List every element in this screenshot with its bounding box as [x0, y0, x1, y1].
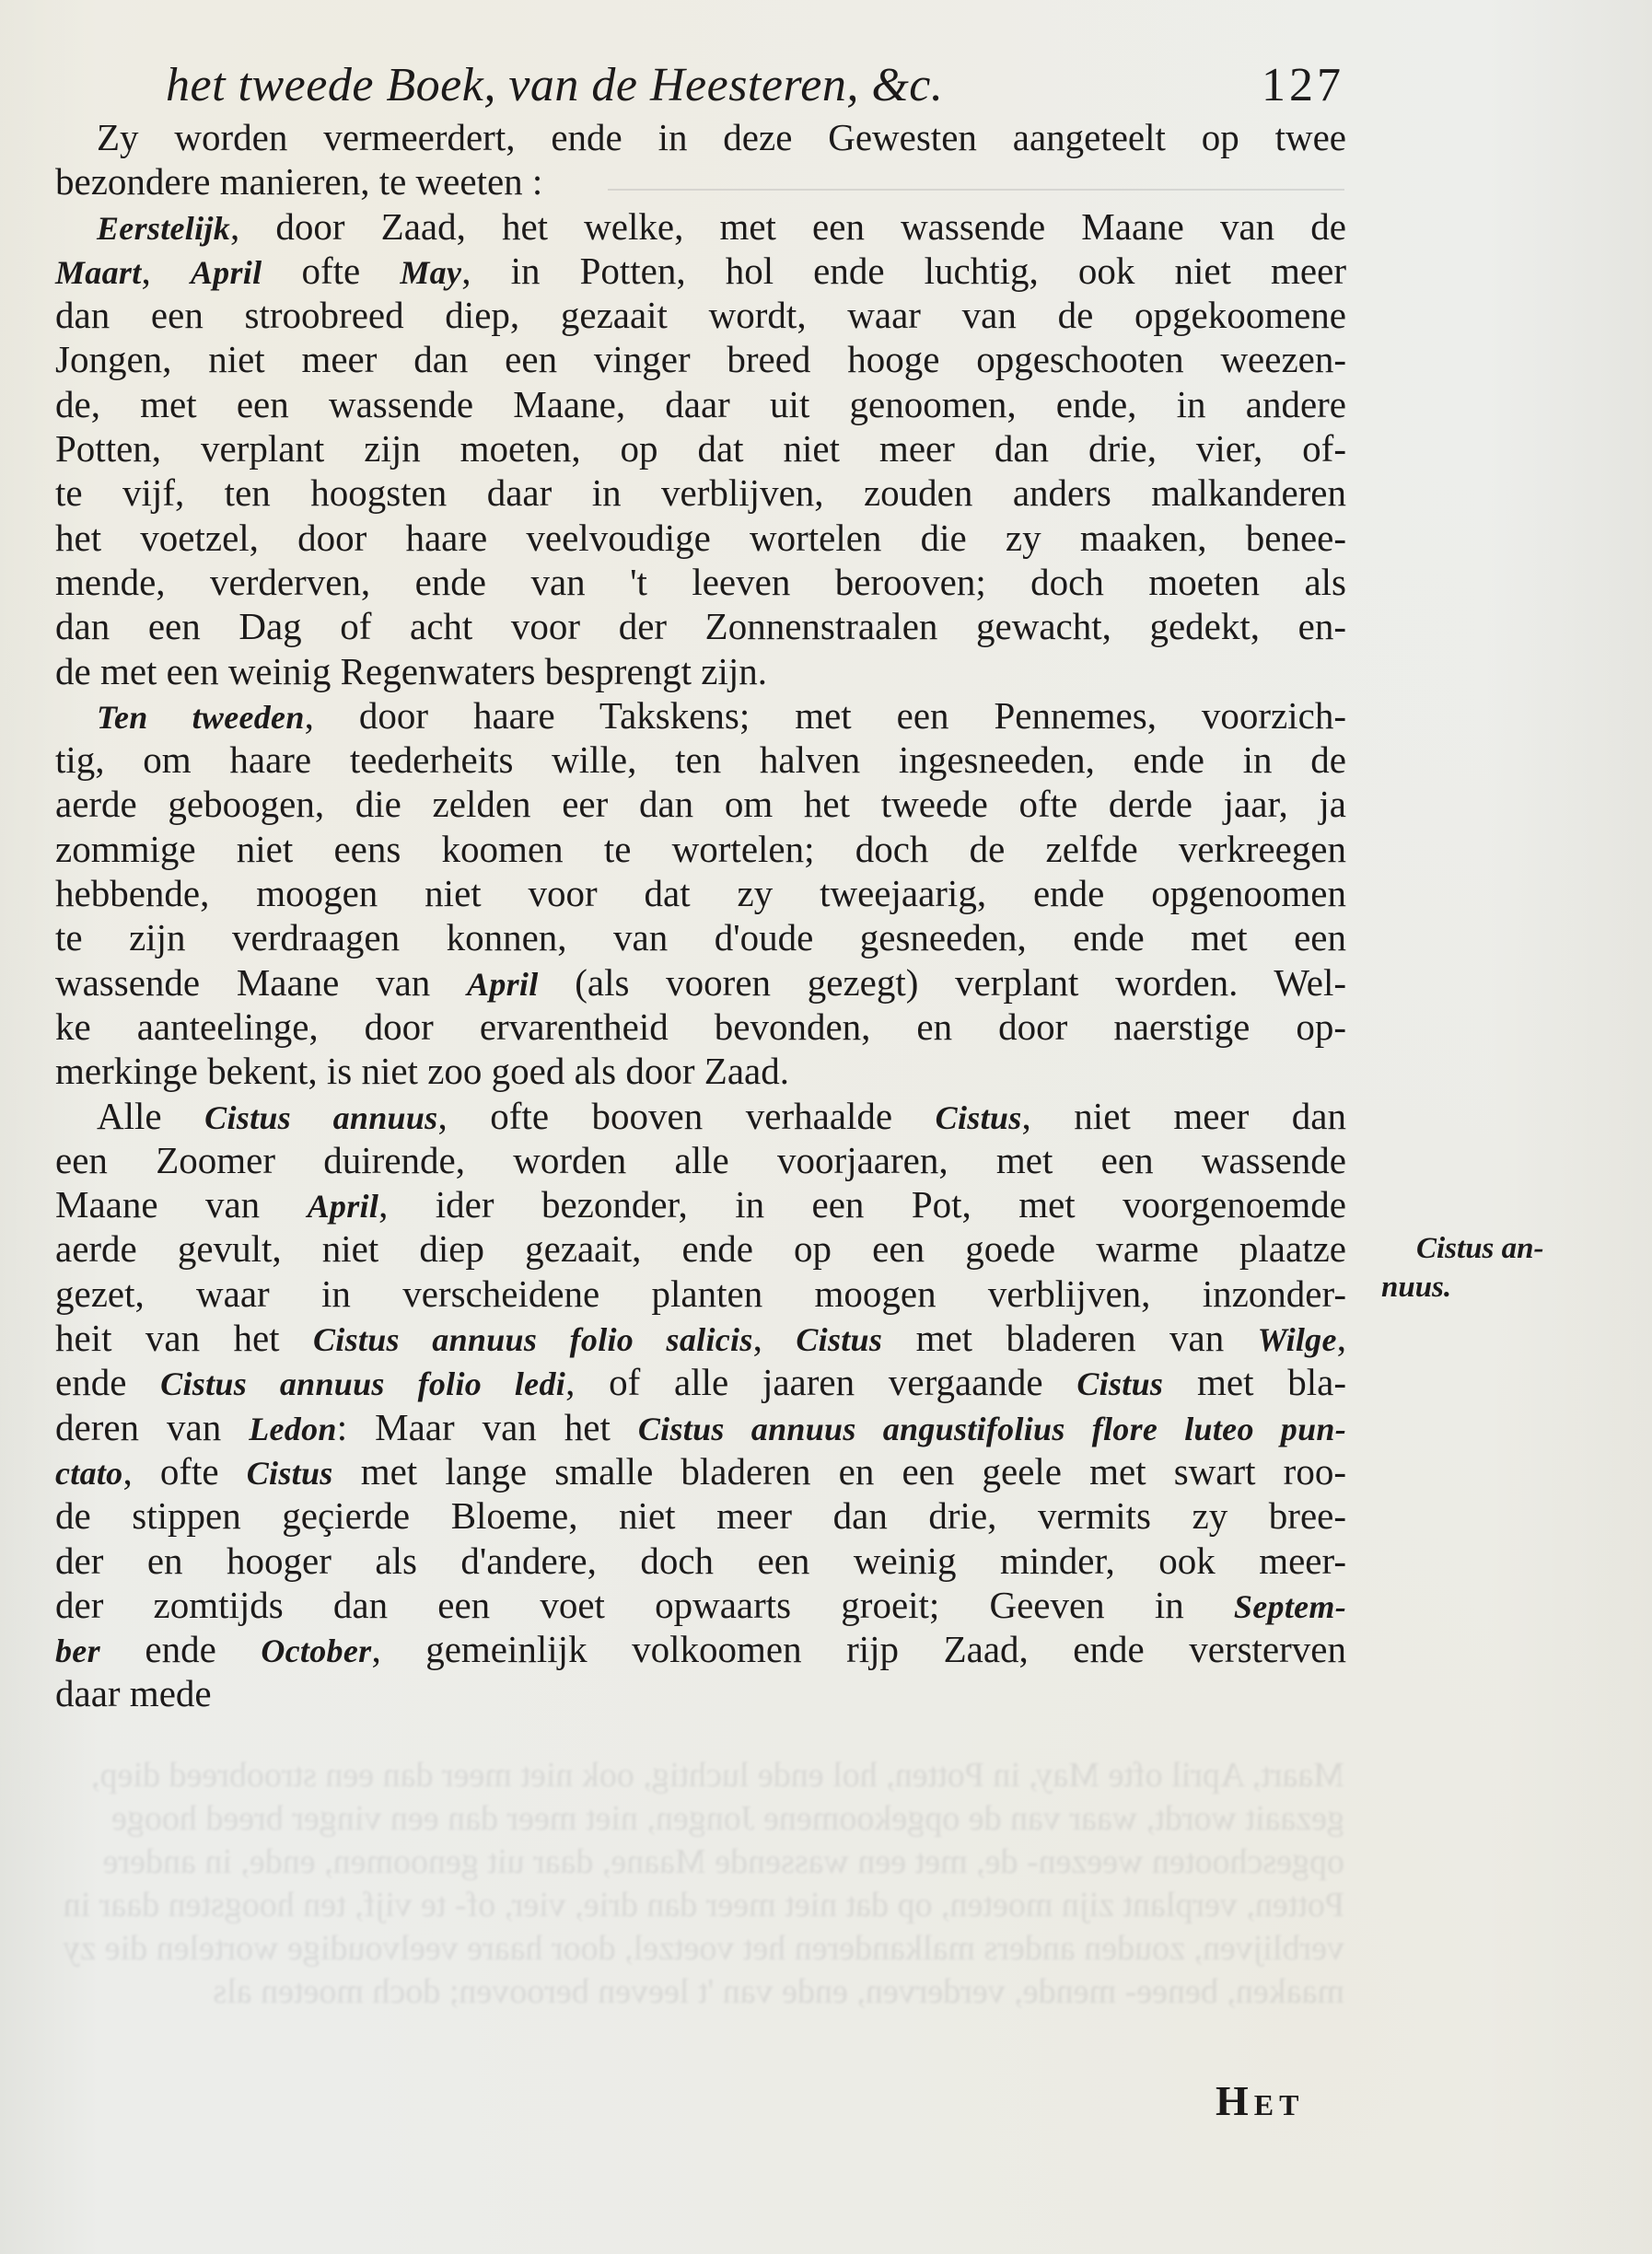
text-run: deren van: [55, 1406, 249, 1448]
margin-note-line-1: Cistus an-: [1381, 1229, 1543, 1268]
italic-term: April: [308, 1188, 379, 1225]
text-line: aerde gevult, niet diep gezaait, ende op…: [55, 1226, 1346, 1271]
text-line: dan een stroobreed diep, gezaait wordt, …: [55, 293, 1346, 337]
italic-term: April: [191, 254, 262, 291]
text-line: deren van Ledon: Maar van het Cistus ann…: [55, 1405, 1346, 1449]
text-run: ofte: [262, 250, 400, 292]
italic-term: Maart: [55, 254, 142, 291]
text-line: wassende Maane van April (als vooren gez…: [55, 960, 1346, 1005]
italic-term: Cistus: [796, 1321, 882, 1358]
text-run: met bladeren van: [882, 1317, 1257, 1359]
text-line: ber ende October, gemeinlijk volkoomen r…: [55, 1627, 1346, 1671]
text-run: ende: [55, 1361, 160, 1403]
italic-term: ber: [55, 1632, 100, 1669]
text-run: de met een weinig Regenwaters besprengt …: [55, 650, 767, 692]
text-line: een Zoomer duirende, worden alle voorjaa…: [55, 1138, 1346, 1182]
italic-term: October: [261, 1632, 371, 1669]
text-run: gezet, waar in verscheidene planten moog…: [55, 1272, 1346, 1315]
text-line: ende Cistus annuus folio ledi, of alle j…: [55, 1360, 1346, 1404]
text-run: met lange smalle bladeren en een geele m…: [333, 1450, 1346, 1493]
book-page: het tweede Boek, van de Heesteren, &c. 1…: [0, 0, 1652, 2254]
text-line: tig, om haare teederheits wille, ten hal…: [55, 738, 1346, 782]
text-run: dan een stroobreed diep, gezaait wordt, …: [55, 294, 1346, 336]
text-line: bezondere manieren, te weeten :: [55, 159, 1346, 203]
text-run: Alle: [97, 1095, 204, 1137]
text-run: dan een Dag of acht voor der Zonnenstraa…: [55, 605, 1346, 647]
text-line: ke aanteelinge, door ervarentheid bevond…: [55, 1005, 1346, 1049]
text-line: der zomtijds dan een voet opwaarts groei…: [55, 1583, 1346, 1627]
page-number: 127: [1262, 53, 1344, 118]
text-run: ,: [142, 250, 191, 292]
text-run: daar mede: [55, 1672, 212, 1714]
margin-note-line-2: nuus.: [1381, 1271, 1451, 1304]
text-line: te vijf, ten hoogsten daar in verblijven…: [55, 471, 1346, 515]
text-run: aerde gevult, niet diep gezaait, ende op…: [55, 1227, 1346, 1270]
text-run: der en hooger als d'andere, doch een wei…: [55, 1539, 1346, 1582]
text-run: te zijn verdraagen konnen, van d'oude ge…: [55, 916, 1346, 959]
italic-term: ctato: [55, 1455, 122, 1492]
text-line: Maane van April, ider bezonder, in een P…: [55, 1182, 1346, 1226]
italic-term: Cistus: [247, 1455, 333, 1492]
text-run: zommige niet eens koomen te wortelen; do…: [55, 828, 1346, 870]
text-line: de met een weinig Regenwaters besprengt …: [55, 649, 1346, 693]
text-run: , niet meer dan: [1022, 1095, 1346, 1137]
catchword: Het: [1216, 2076, 1304, 2125]
text-run: het voetzel, door haare veelvoudige wort…: [55, 517, 1346, 559]
text-run: tig, om haare teederheits wille, ten hal…: [55, 738, 1346, 781]
text-run: de, met een wassende Maane, daar uit gen…: [55, 383, 1346, 425]
text-line: ctato, ofte Cistus met lange smalle blad…: [55, 1449, 1346, 1493]
text-run: met bla-: [1163, 1361, 1346, 1403]
text-line: Alle Cistus annuus, ofte booven verhaald…: [55, 1094, 1346, 1138]
italic-term: Cistus annuus: [204, 1099, 437, 1136]
text-line: Eerstelijk, door Zaad, het welke, met ee…: [55, 204, 1346, 249]
text-run: Zy worden vermeerdert, ende in deze Gewe…: [97, 116, 1346, 158]
italic-term: Ten tweeden: [97, 699, 305, 736]
text-run: ,: [1337, 1317, 1346, 1359]
verso-show-through: Maart, April ofte May, in Potten, hol en…: [55, 1754, 1344, 2113]
text-line: Ten tweeden, door haare Takskens; met ee…: [55, 693, 1346, 738]
text-line: Maart, April ofte May, in Potten, hol en…: [55, 249, 1346, 293]
text-run: , in Potten, hol ende luchtig, ook niet …: [461, 250, 1346, 292]
text-line: te zijn verdraagen konnen, van d'oude ge…: [55, 915, 1346, 959]
text-run: ,: [753, 1317, 797, 1359]
italic-term: Septem-: [1234, 1588, 1346, 1625]
text-line: Zy worden vermeerdert, ende in deze Gewe…: [55, 115, 1346, 159]
margin-note-cistus-annuus: Cistus an- nuus.: [1381, 1229, 1543, 1307]
running-head: het tweede Boek, van de Heesteren, &c. 1…: [166, 53, 1344, 118]
text-run: wassende Maane van: [55, 961, 467, 1004]
text-line: daar mede: [55, 1671, 1346, 1715]
italic-term: Cistus annuus folio salicis: [313, 1321, 753, 1358]
italic-term: Eerstelijk: [97, 210, 230, 247]
text-run: hebbende, moogen niet voor dat zy tweeja…: [55, 872, 1346, 914]
text-line: hebbende, moogen niet voor dat zy tweeja…: [55, 871, 1346, 915]
text-line: merkinge bekent, is niet zoo goed als do…: [55, 1049, 1346, 1093]
text-run: bezondere manieren, te weeten :: [55, 160, 542, 203]
text-run: , ofte booven verhaalde: [437, 1095, 935, 1137]
text-run: heit van het: [55, 1317, 313, 1359]
text-run: (als vooren gezegt) verplant worden. Wel…: [539, 961, 1346, 1004]
text-run: merkinge bekent, is niet zoo goed als do…: [55, 1050, 789, 1092]
text-line: dan een Dag of acht voor der Zonnenstraa…: [55, 604, 1346, 648]
text-line: de stippen geçierde Bloeme, niet meer da…: [55, 1493, 1346, 1538]
body-text: Zy worden vermeerdert, ende in deze Gewe…: [55, 115, 1346, 1716]
text-line: zommige niet eens koomen te wortelen; do…: [55, 827, 1346, 871]
text-line: de, met een wassende Maane, daar uit gen…: [55, 382, 1346, 426]
text-line: het voetzel, door haare veelvoudige wort…: [55, 516, 1346, 560]
text-run: mende, verderven, ende van 't leeven ber…: [55, 561, 1346, 603]
italic-term: April: [467, 966, 539, 1003]
text-run: aerde geboogen, die zelden eer dan om he…: [55, 783, 1346, 825]
text-run: de stippen geçierde Bloeme, niet meer da…: [55, 1494, 1346, 1537]
text-line: Potten, verplant zijn moeten, op dat nie…: [55, 426, 1346, 471]
italic-term: Cistus: [1076, 1365, 1163, 1402]
italic-term: Cistus annuus folio ledi: [160, 1365, 565, 1402]
italic-term: Ledon: [249, 1411, 337, 1447]
italic-term: Cistus annuus angustifolius flore luteo …: [638, 1411, 1346, 1447]
text-run: , ofte: [122, 1450, 246, 1493]
text-run: , door Zaad, het welke, met een wassende…: [230, 205, 1346, 248]
text-line: der en hooger als d'andere, doch een wei…: [55, 1539, 1346, 1583]
text-run: Jongen, niet meer dan een vinger breed h…: [55, 338, 1346, 380]
text-run: ke aanteelinge, door ervarentheid bevond…: [55, 1005, 1346, 1048]
text-run: Maane van: [55, 1183, 308, 1226]
text-line: aerde geboogen, die zelden eer dan om he…: [55, 782, 1346, 826]
text-run: ende: [100, 1628, 261, 1670]
text-line: heit van het Cistus annuus folio salicis…: [55, 1316, 1346, 1360]
text-run: te vijf, ten hoogsten daar in verblijven…: [55, 471, 1346, 514]
text-run: , gemeinlijk volkoomen rijp Zaad, ende v…: [371, 1628, 1346, 1670]
text-line: mende, verderven, ende van 't leeven ber…: [55, 560, 1346, 604]
italic-term: Wilge: [1258, 1321, 1337, 1358]
text-run: : Maar van het: [337, 1406, 638, 1448]
text-run: , door haare Takskens; met een Pennemes,…: [305, 694, 1346, 737]
text-run: der zomtijds dan een voet opwaarts groei…: [55, 1584, 1234, 1626]
text-run: , of alle jaaren vergaande: [565, 1361, 1076, 1403]
italic-term: Cistus: [936, 1099, 1022, 1136]
text-run: , ider bezonder, in een Pot, met voorgen…: [378, 1183, 1346, 1226]
italic-term: May: [400, 254, 461, 291]
text-line: gezet, waar in verscheidene planten moog…: [55, 1272, 1346, 1316]
running-head-title: het tweede Boek, van de Heesteren, &c.: [166, 53, 943, 118]
text-run: Potten, verplant zijn moeten, op dat nie…: [55, 427, 1346, 470]
text-run: een Zoomer duirende, worden alle voorjaa…: [55, 1139, 1346, 1181]
text-line: Jongen, niet meer dan een vinger breed h…: [55, 337, 1346, 381]
